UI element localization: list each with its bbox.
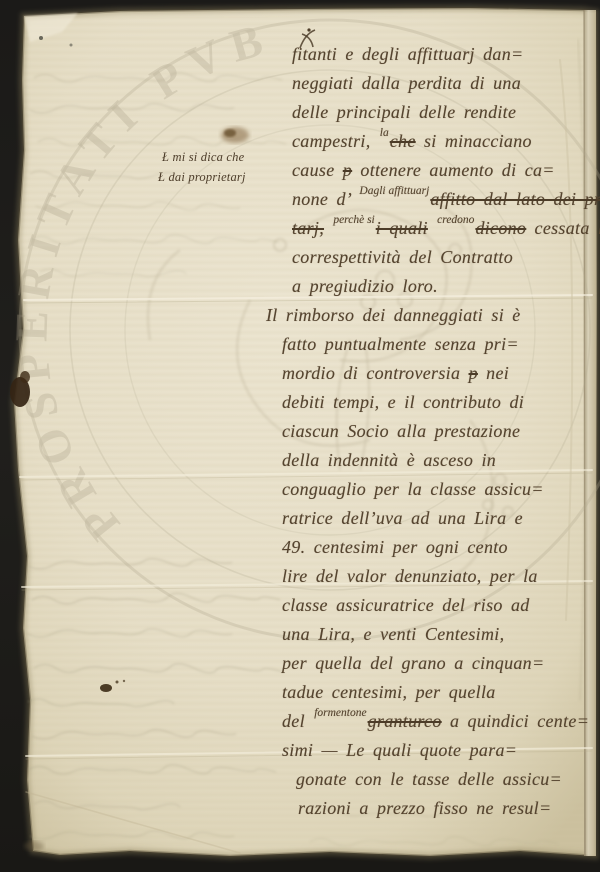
struck-text: p [469, 363, 478, 383]
manuscript-line: Il rimborso dei danneggiati si è [264, 301, 598, 330]
handwritten-text: conguaglio per la classe assicu= [282, 479, 544, 499]
handwritten-text: ciascun Socio alla prestazione [282, 421, 520, 441]
handwritten-text: simi — Le quali quote para= [282, 740, 517, 760]
struck-text: che [390, 131, 416, 151]
handwritten-text: delle principali delle rendite [292, 102, 516, 122]
handwritten-text [428, 218, 436, 238]
manuscript-line: campestri, lache si minacciano [264, 127, 598, 156]
struck-text: dicono [475, 218, 526, 238]
handwritten-text: none d’ [292, 189, 358, 209]
struck-text: affitto dal lato dei proprie= [430, 189, 600, 209]
interlinear-insertion: formentone [314, 707, 366, 719]
manuscript-line: conguaglio per la classe assicu= [264, 475, 598, 504]
handwritten-text: a quindici cente= [442, 711, 590, 731]
handwritten-text: della indennità è asceso in [282, 450, 496, 470]
manuscript-line: tadue centesimi, per quella [264, 678, 598, 707]
manuscript-line: del formentonegranturco a quindici cente… [264, 707, 598, 736]
handwritten-text: a pregiudizio loro. [292, 276, 438, 296]
manuscript-line: classe assicuratrice del riso ad [264, 591, 598, 620]
handwritten-text: lire del valor denunziato, per la [282, 566, 538, 586]
handwritten-text: gonate con le tasse delle assicu= [296, 769, 562, 789]
interlinear-insertion: perchè si [333, 214, 374, 226]
manuscript-line: per quella del grano a cinquan= [264, 649, 598, 678]
struck-text: p [343, 160, 352, 180]
handwritten-text: campestri, [292, 131, 379, 151]
handwritten-text: fatto puntualmente senza pri= [282, 334, 519, 354]
struck-text: i quali [376, 218, 428, 238]
handwritten-text: classe assicuratrice del riso ad [282, 595, 530, 615]
interlinear-insertion: la [380, 127, 389, 139]
handwritten-text: fitanti e degli affittuarj dan= [292, 44, 523, 64]
manuscript-line: fitanti e degli affittuarj dan= [264, 40, 598, 69]
handwritten-text: debiti tempi, e il contributo di [282, 392, 524, 412]
struck-text: granturco [368, 711, 442, 731]
handwritten-text: del [282, 711, 313, 731]
interlinear-insertion: credono [437, 214, 474, 226]
handwritten-text: Il rimborso dei danneggiati si è [266, 305, 521, 325]
manuscript-line: debiti tempi, e il contributo di [264, 388, 598, 417]
manuscript-line: razioni a prezzo fisso ne resul= [264, 794, 598, 823]
struck-text: tarj, [292, 218, 324, 238]
manuscript-line: lire del valor denunziato, per la [264, 562, 598, 591]
handwritten-text: nei [478, 363, 509, 383]
manuscript-line: neggiati dalla perdita di una [264, 69, 598, 98]
document-scan: PROSPERITATI PVB [0, 0, 600, 872]
manuscript-line: gonate con le tasse delle assicu= [264, 765, 598, 794]
handwritten-text [324, 218, 332, 238]
manuscript-line: della indennità è asceso in [264, 446, 598, 475]
handwritten-text: correspettività del Contratto [292, 247, 513, 267]
manuscript-line: cause p ottenere aumento di ca= [264, 156, 598, 185]
handwritten-text: 49. centesimi per ogni cento [282, 537, 508, 557]
manuscript-line: a pregiudizio loro. [264, 272, 598, 301]
handwritten-text: si minacciano [416, 131, 532, 151]
manuscript-line: delle principali delle rendite [264, 98, 598, 127]
manuscript-line: ratrice dell’uva ad una Lira e [264, 504, 598, 533]
interlinear-insertion: Dagli affittuarj [359, 185, 429, 197]
manuscript-line: fatto puntualmente senza pri= [264, 330, 598, 359]
handwritten-text: per quella del grano a cinquan= [282, 653, 544, 673]
handwritten-text: cessata la [526, 218, 600, 238]
manuscript-text: fitanti e degli affittuarj dan=neggiati … [264, 40, 598, 823]
handwritten-text: ottenere aumento di ca= [352, 160, 555, 180]
manuscript-line: mordio di controversia p nei [264, 359, 598, 388]
handwritten-text: razioni a prezzo fisso ne resul= [298, 798, 551, 818]
handwritten-text: neggiati dalla perdita di una [292, 73, 521, 93]
manuscript-line: tarj, perchè sii quali credonodicono ces… [264, 214, 598, 243]
margin-note-line: Ł dai proprietarj [158, 167, 246, 187]
handwritten-text: tadue centesimi, per quella [282, 682, 496, 702]
manuscript-line: 49. centesimi per ogni cento [264, 533, 598, 562]
handwritten-text: una Lira, e venti Centesimi, [282, 624, 504, 644]
handwritten-text: ratrice dell’uva ad una Lira e [282, 508, 523, 528]
manuscript-line: ciascun Socio alla prestazione [264, 417, 598, 446]
margin-note-line: Ł mi si dica che [162, 147, 246, 167]
manuscript-line: none d’ Dagli affittuarjaffitto dal lato… [264, 185, 598, 214]
manuscript-line: correspettività del Contratto [264, 243, 598, 272]
margin-annotation: Ł mi si dica che Ł dai proprietarj [162, 147, 246, 187]
manuscript-line: simi — Le quali quote para= [264, 736, 598, 765]
handwritten-text: cause [292, 160, 343, 180]
manuscript-line: una Lira, e venti Centesimi, [264, 620, 598, 649]
handwritten-text: mordio di controversia [282, 363, 469, 383]
